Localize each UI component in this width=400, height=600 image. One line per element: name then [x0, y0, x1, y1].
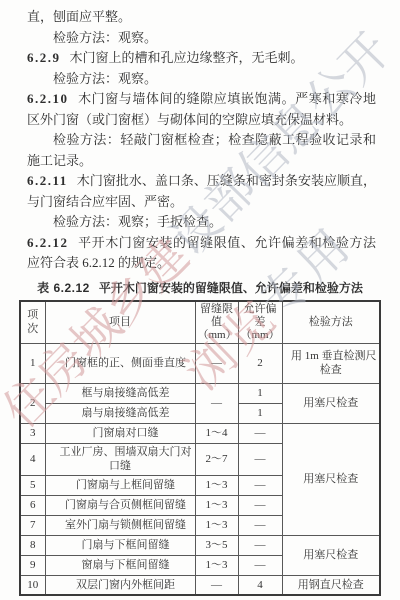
- inspection-method-line: 检验方法：观察；手扳检查。: [27, 212, 376, 233]
- table-row: 8 门扇与下框间留缝 3～5 — 用塞尺检查: [20, 535, 380, 555]
- clause-6-2-10: 6.2.10木门窗与墙体间的缝隙应填嵌饱满。严寒和寒冷地区外门窗（或门窗框）与砌…: [27, 89, 376, 130]
- cell-dev: —: [238, 475, 282, 495]
- cell-gap: 1～3: [195, 515, 238, 535]
- cell-item: 门窗扇与合页侧框间留缝: [45, 495, 195, 515]
- header-item: 项目: [45, 301, 195, 344]
- cell-seq: 9: [20, 555, 45, 575]
- cell-item: 工业厂房、围墙双扇大门对口缝: [45, 443, 195, 475]
- cell-method: 用钢直尺检查: [282, 575, 380, 595]
- clause-number: 6.2.10: [27, 91, 69, 106]
- cell-item: 双层门窗内外框间距: [45, 575, 195, 595]
- cell-seq: 7: [20, 515, 45, 535]
- cell-item: 室外门扇与锁侧框间留缝: [45, 515, 195, 535]
- clause-text: 木门窗上的槽和孔应边缘整齐，无毛刺。: [70, 50, 304, 65]
- clause-number: 6.2.12: [27, 235, 69, 250]
- table-row: 3 门窗扇对口缝 1～4 — 用塞尺检查: [20, 423, 380, 443]
- table-row: 2 框与扇接缝高低差 — 1 用塞尺检查: [20, 383, 380, 403]
- inspection-method-line: 检验方法：观察。: [27, 69, 376, 90]
- table-caption-number: 表 6.2.12: [37, 281, 90, 295]
- cell-seq: 8: [20, 535, 45, 555]
- table-header-row: 项次 项目 留缝限值（mm） 允许偏差（mm） 检验方法: [20, 301, 380, 344]
- cell-gap: 1～3: [195, 475, 238, 495]
- header-gap: 留缝限值（mm）: [195, 301, 238, 344]
- cell-item: 扇与扇接缝高低差: [45, 403, 195, 423]
- cell-gap: 3～5: [195, 535, 238, 555]
- cell-method: 用塞尺检查: [282, 423, 380, 535]
- cell-gap: —: [195, 575, 238, 595]
- clause-number: 6.2.11: [27, 173, 68, 188]
- cell-dev: —: [238, 535, 282, 555]
- inspection-method-line: 检验方法：观察。: [27, 28, 376, 49]
- cell-gap: 2～7: [195, 443, 238, 475]
- table-row: 10 双层门窗内外框间距 — 4 用钢直尺检查: [20, 575, 380, 595]
- cell-seq: 2: [20, 383, 45, 423]
- cell-item: 门窗框的正、侧面垂直度: [45, 343, 195, 383]
- cell-dev: —: [238, 555, 282, 575]
- cell-dev: 2: [238, 343, 282, 383]
- body-text: 直，刨面应平整。 检验方法：观察。 6.2.9木门窗上的槽和孔应边缘整齐，无毛刺…: [0, 0, 400, 274]
- cell-dev: 1: [238, 383, 282, 403]
- table-caption: 表 6.2.12平开木门窗安装的留缝限值、允许偏差和检验方法: [0, 279, 400, 296]
- cell-item: 框与扇接缝高低差: [45, 383, 195, 403]
- clause-number: 6.2.9: [27, 50, 61, 65]
- clause-text: 木门窗批水、盖口条、压缝条和密封条安装应顺直，与门窗结合应牢固、严密。: [27, 173, 376, 209]
- header-seq: 项次: [20, 301, 45, 344]
- cell-dev: 4: [238, 575, 282, 595]
- clause-text: 木门窗与墙体间的缝隙应填嵌饱满。严寒和寒冷地区外门窗（或门窗框）与砌体间的空隙应…: [27, 91, 376, 127]
- clause-6-2-11: 6.2.11木门窗批水、盖口条、压缝条和密封条安装应顺直，与门窗结合应牢固、严密…: [27, 171, 376, 212]
- cell-dev: —: [238, 515, 282, 535]
- clause-6-2-12: 6.2.12平开木门窗安装的留缝限值、允许偏差和检验方法应符合表 6.2.12 …: [27, 233, 376, 274]
- cell-method: 用 1m 垂直检测尺检查: [282, 343, 380, 383]
- cell-gap: 1～3: [195, 555, 238, 575]
- cell-dev: 1: [238, 403, 282, 423]
- table-6-2-12: 项次 项目 留缝限值（mm） 允许偏差（mm） 检验方法 1 门窗框的正、侧面垂…: [19, 300, 381, 597]
- paragraph-continuation: 直，刨面应平整。: [27, 7, 376, 28]
- cell-item: 门窗扇与上框间留缝: [45, 475, 195, 495]
- cell-seq: 6: [20, 495, 45, 515]
- cell-seq: 4: [20, 443, 45, 475]
- cell-dev: —: [238, 495, 282, 515]
- cell-seq: 5: [20, 475, 45, 495]
- cell-seq: 1: [20, 343, 45, 383]
- clause-6-2-9: 6.2.9木门窗上的槽和孔应边缘整齐，无毛刺。: [27, 48, 376, 69]
- cell-method: 用塞尺检查: [282, 535, 380, 575]
- cell-seq: 3: [20, 423, 45, 443]
- cell-dev: —: [238, 443, 282, 475]
- cell-item: 门窗扇对口缝: [45, 423, 195, 443]
- cell-item: 窗扇与下框间留缝: [45, 555, 195, 575]
- header-dev: 允许偏差（mm）: [238, 301, 282, 344]
- cell-gap: 1～3: [195, 495, 238, 515]
- clause-text: 平开木门窗安装的留缝限值、允许偏差和检验方法应符合表 6.2.12 的规定。: [27, 235, 376, 271]
- cell-gap: —: [195, 343, 238, 383]
- cell-gap: —: [195, 383, 238, 423]
- inspection-method-line: 检验方法：轻敲门窗框检查；检查隐蔽工程验收记录和施工记录。: [27, 130, 376, 171]
- cell-item: 门扇与下框间留缝: [45, 535, 195, 555]
- cell-method: 用塞尺检查: [282, 383, 380, 423]
- cell-seq: 10: [20, 575, 45, 595]
- cell-gap: 1～4: [195, 423, 238, 443]
- document-page: 直，刨面应平整。 检验方法：观察。 6.2.9木门窗上的槽和孔应边缘整齐，无毛刺…: [0, 0, 400, 600]
- table-caption-title: 平开木门窗安装的留缝限值、允许偏差和检验方法: [99, 281, 363, 295]
- cell-dev: —: [238, 423, 282, 443]
- header-method: 检验方法: [282, 301, 380, 344]
- table-row: 1 门窗框的正、侧面垂直度 — 2 用 1m 垂直检测尺检查: [20, 343, 380, 383]
